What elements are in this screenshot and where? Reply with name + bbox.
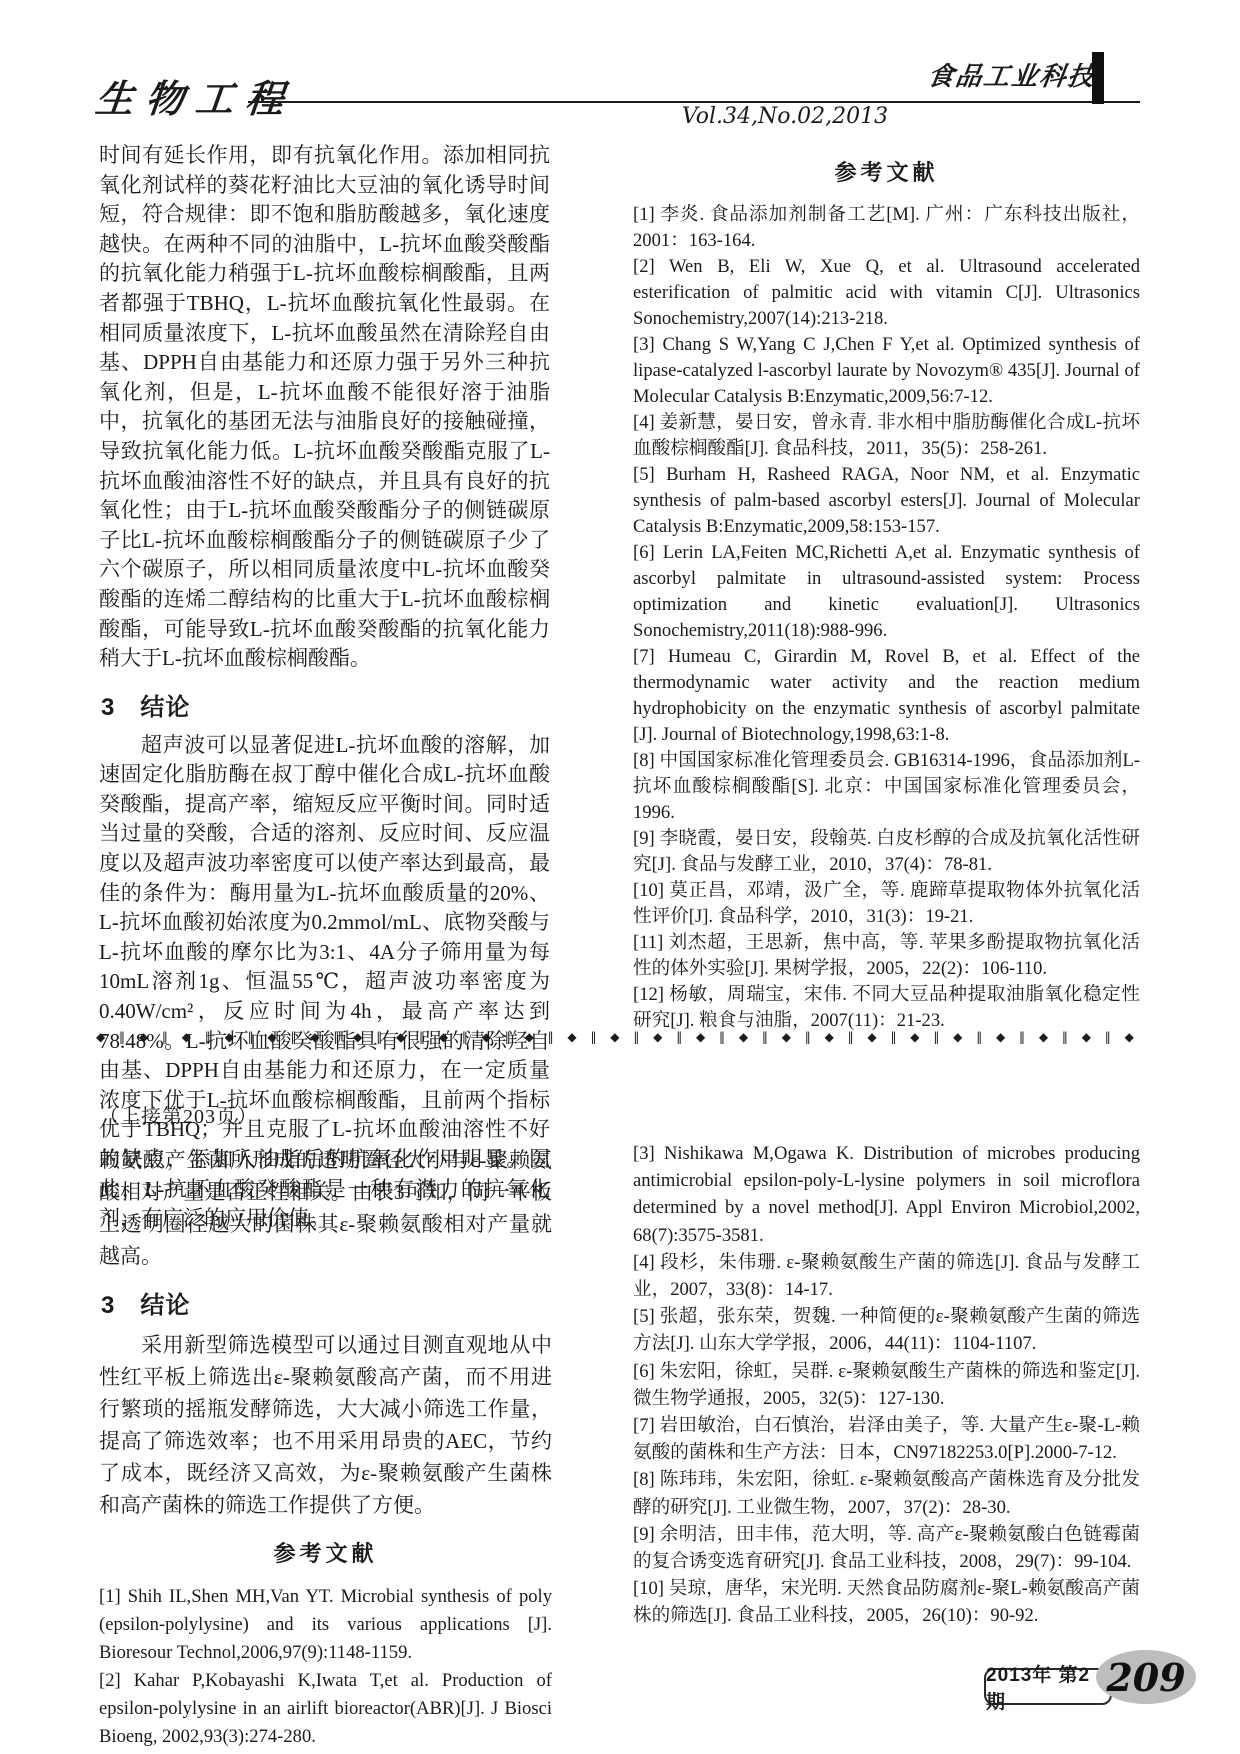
reference-item: [9] 余明洁，田丰伟，范大明，等. 高产ε-聚赖氨酸白色链霉菌的复合诱变选育研… bbox=[633, 1521, 1140, 1575]
reference-item: [9] 李晓霞，晏日安，段翰英. 白皮杉醇的合成及抗氧化活性研究[J]. 食品与… bbox=[633, 826, 1140, 878]
continuation-note: （上接第203页） bbox=[99, 1100, 552, 1129]
reference-item: [12] 杨敏，周瑞宝，宋伟. 不同大豆品种提取油脂氧化稳定性研究[J]. 粮食… bbox=[633, 982, 1140, 1034]
article2-conclusion-paragraph: 采用新型筛选模型可以通过目测直观地从中性红平板上筛选出ε-聚赖氨酸高产菌，而不用… bbox=[99, 1329, 552, 1521]
reference-item: [4] 段杉，朱伟珊. ε-聚赖氨酸生产菌的筛选[J]. 食品与发酵工业，200… bbox=[633, 1249, 1140, 1303]
article2-body-paragraph: 赖氨酸产生菌所形成的透明圈径大小与ε-聚赖氨酸相对产量是否正性相关。由表3可知，… bbox=[99, 1144, 552, 1272]
reference-item: [4] 姜新慧，晏日安，曾永青. 非水相中脂肪酶催化合成L-抗坏血酸棕榈酸酯[J… bbox=[633, 410, 1140, 462]
article1-conclusion-heading: 3 结论 bbox=[101, 687, 550, 722]
journal-title-logo: 食品工业科技 bbox=[925, 56, 1092, 93]
article2-references-column: [3] Nishikawa M,Ogawa K. Distribution of… bbox=[633, 1140, 1140, 1630]
issue-label-box: 2013年 第2期 bbox=[984, 1668, 1112, 1705]
article1-left-column: 时间有延长作用，即有抗氧化作用。添加相同抗氧化剂试样的葵花籽油比大豆油的氧化诱导… bbox=[99, 141, 550, 1234]
reference-item: [5] Burham H, Rasheed RAGA, Noor NM, et … bbox=[633, 462, 1140, 540]
reference-item: [7] 岩田敏治，白石慎治，岩泽由美子，等. 大量产生ε-聚-L-赖氨酸的菌株和… bbox=[633, 1412, 1140, 1466]
reference-item: [10] 莫正昌，邓靖，汲广全，等. 鹿蹄草提取物体外抗氧化活性评价[J]. 食… bbox=[633, 878, 1140, 930]
reference-item: [3] Chang S W,Yang C J,Chen F Y,et al. O… bbox=[633, 332, 1140, 410]
reference-item: [3] Nishikawa M,Ogawa K. Distribution of… bbox=[633, 1140, 1140, 1249]
page-number-badge: 209 bbox=[1096, 1650, 1196, 1704]
journal-page: 生物工程 食品工业科技 Vol.34,No.02,2013 时间有延长作用，即有… bbox=[0, 0, 1240, 1754]
reference-item: [1] Shih IL,Shen MH,Van YT. Microbial sy… bbox=[99, 1583, 552, 1667]
reference-item: [8] 中国国家标准化管理委员会. GB16314-1996，食品添加剂L-抗坏… bbox=[633, 748, 1140, 826]
article2-left-column: （上接第203页） 赖氨酸产生菌所形成的透明圈径大小与ε-聚赖氨酸相对产量是否正… bbox=[99, 1100, 552, 1751]
reference-item: [11] 刘杰超，王思新，焦中高，等. 苹果多酚提取物抗氧化活性的体外实验[J]… bbox=[633, 930, 1140, 982]
volume-issue-line: Vol.34,No.02,2013 bbox=[620, 104, 950, 129]
article2-conclusion-heading: 3 结论 bbox=[101, 1285, 552, 1320]
article1-references-column: 参考文献 [1] 李炎. 食品添加剂制备工艺[M]. 广州：广东科技出版社，20… bbox=[633, 156, 1140, 1034]
article1-body-paragraph: 时间有延长作用，即有抗氧化作用。添加相同抗氧化剂试样的葵花籽油比大豆油的氧化诱导… bbox=[99, 141, 550, 674]
article1-references-heading: 参考文献 bbox=[633, 156, 1140, 187]
section-divider bbox=[96, 1030, 1144, 1048]
reference-item: [2] Wen B, Eli W, Xue Q, et al. Ultrasou… bbox=[633, 254, 1140, 332]
reference-item: [10] 吴琼，唐华，宋光明. 天然食品防腐剂ε-聚L-赖氨酸高产菌株的筛选[J… bbox=[633, 1575, 1140, 1629]
reference-item: [5] 张超，张东荣，贺魏. 一种简便的ε-聚赖氨酸产生菌的筛选方法[J]. 山… bbox=[633, 1303, 1140, 1357]
header-rule bbox=[248, 101, 1140, 103]
reference-item: [1] 李炎. 食品添加剂制备工艺[M]. 广州：广东科技出版社，2001：16… bbox=[633, 202, 1140, 254]
article2-references-heading: 参考文献 bbox=[99, 1537, 552, 1568]
reference-item: [6] 朱宏阳，徐虹，吴群. ε-聚赖氨酸生产菌株的筛选和鉴定[J]. 微生物学… bbox=[633, 1358, 1140, 1412]
reference-item: [7] Humeau C, Girardin M, Rovel B, et al… bbox=[633, 644, 1140, 748]
reference-item: [6] Lerin LA,Feiten MC,Richetti A,et al.… bbox=[633, 540, 1140, 644]
reference-item: [8] 陈玮玮，朱宏阳，徐虹. ε-聚赖氨酸高产菌株选育及分批发酵的研究[J].… bbox=[633, 1466, 1140, 1520]
section-logo: 生物工程 bbox=[93, 68, 299, 123]
reference-item: [2] Kahar P,Kobayashi K,Iwata T,et al. P… bbox=[99, 1667, 552, 1751]
journal-logo-bar bbox=[1092, 52, 1104, 104]
